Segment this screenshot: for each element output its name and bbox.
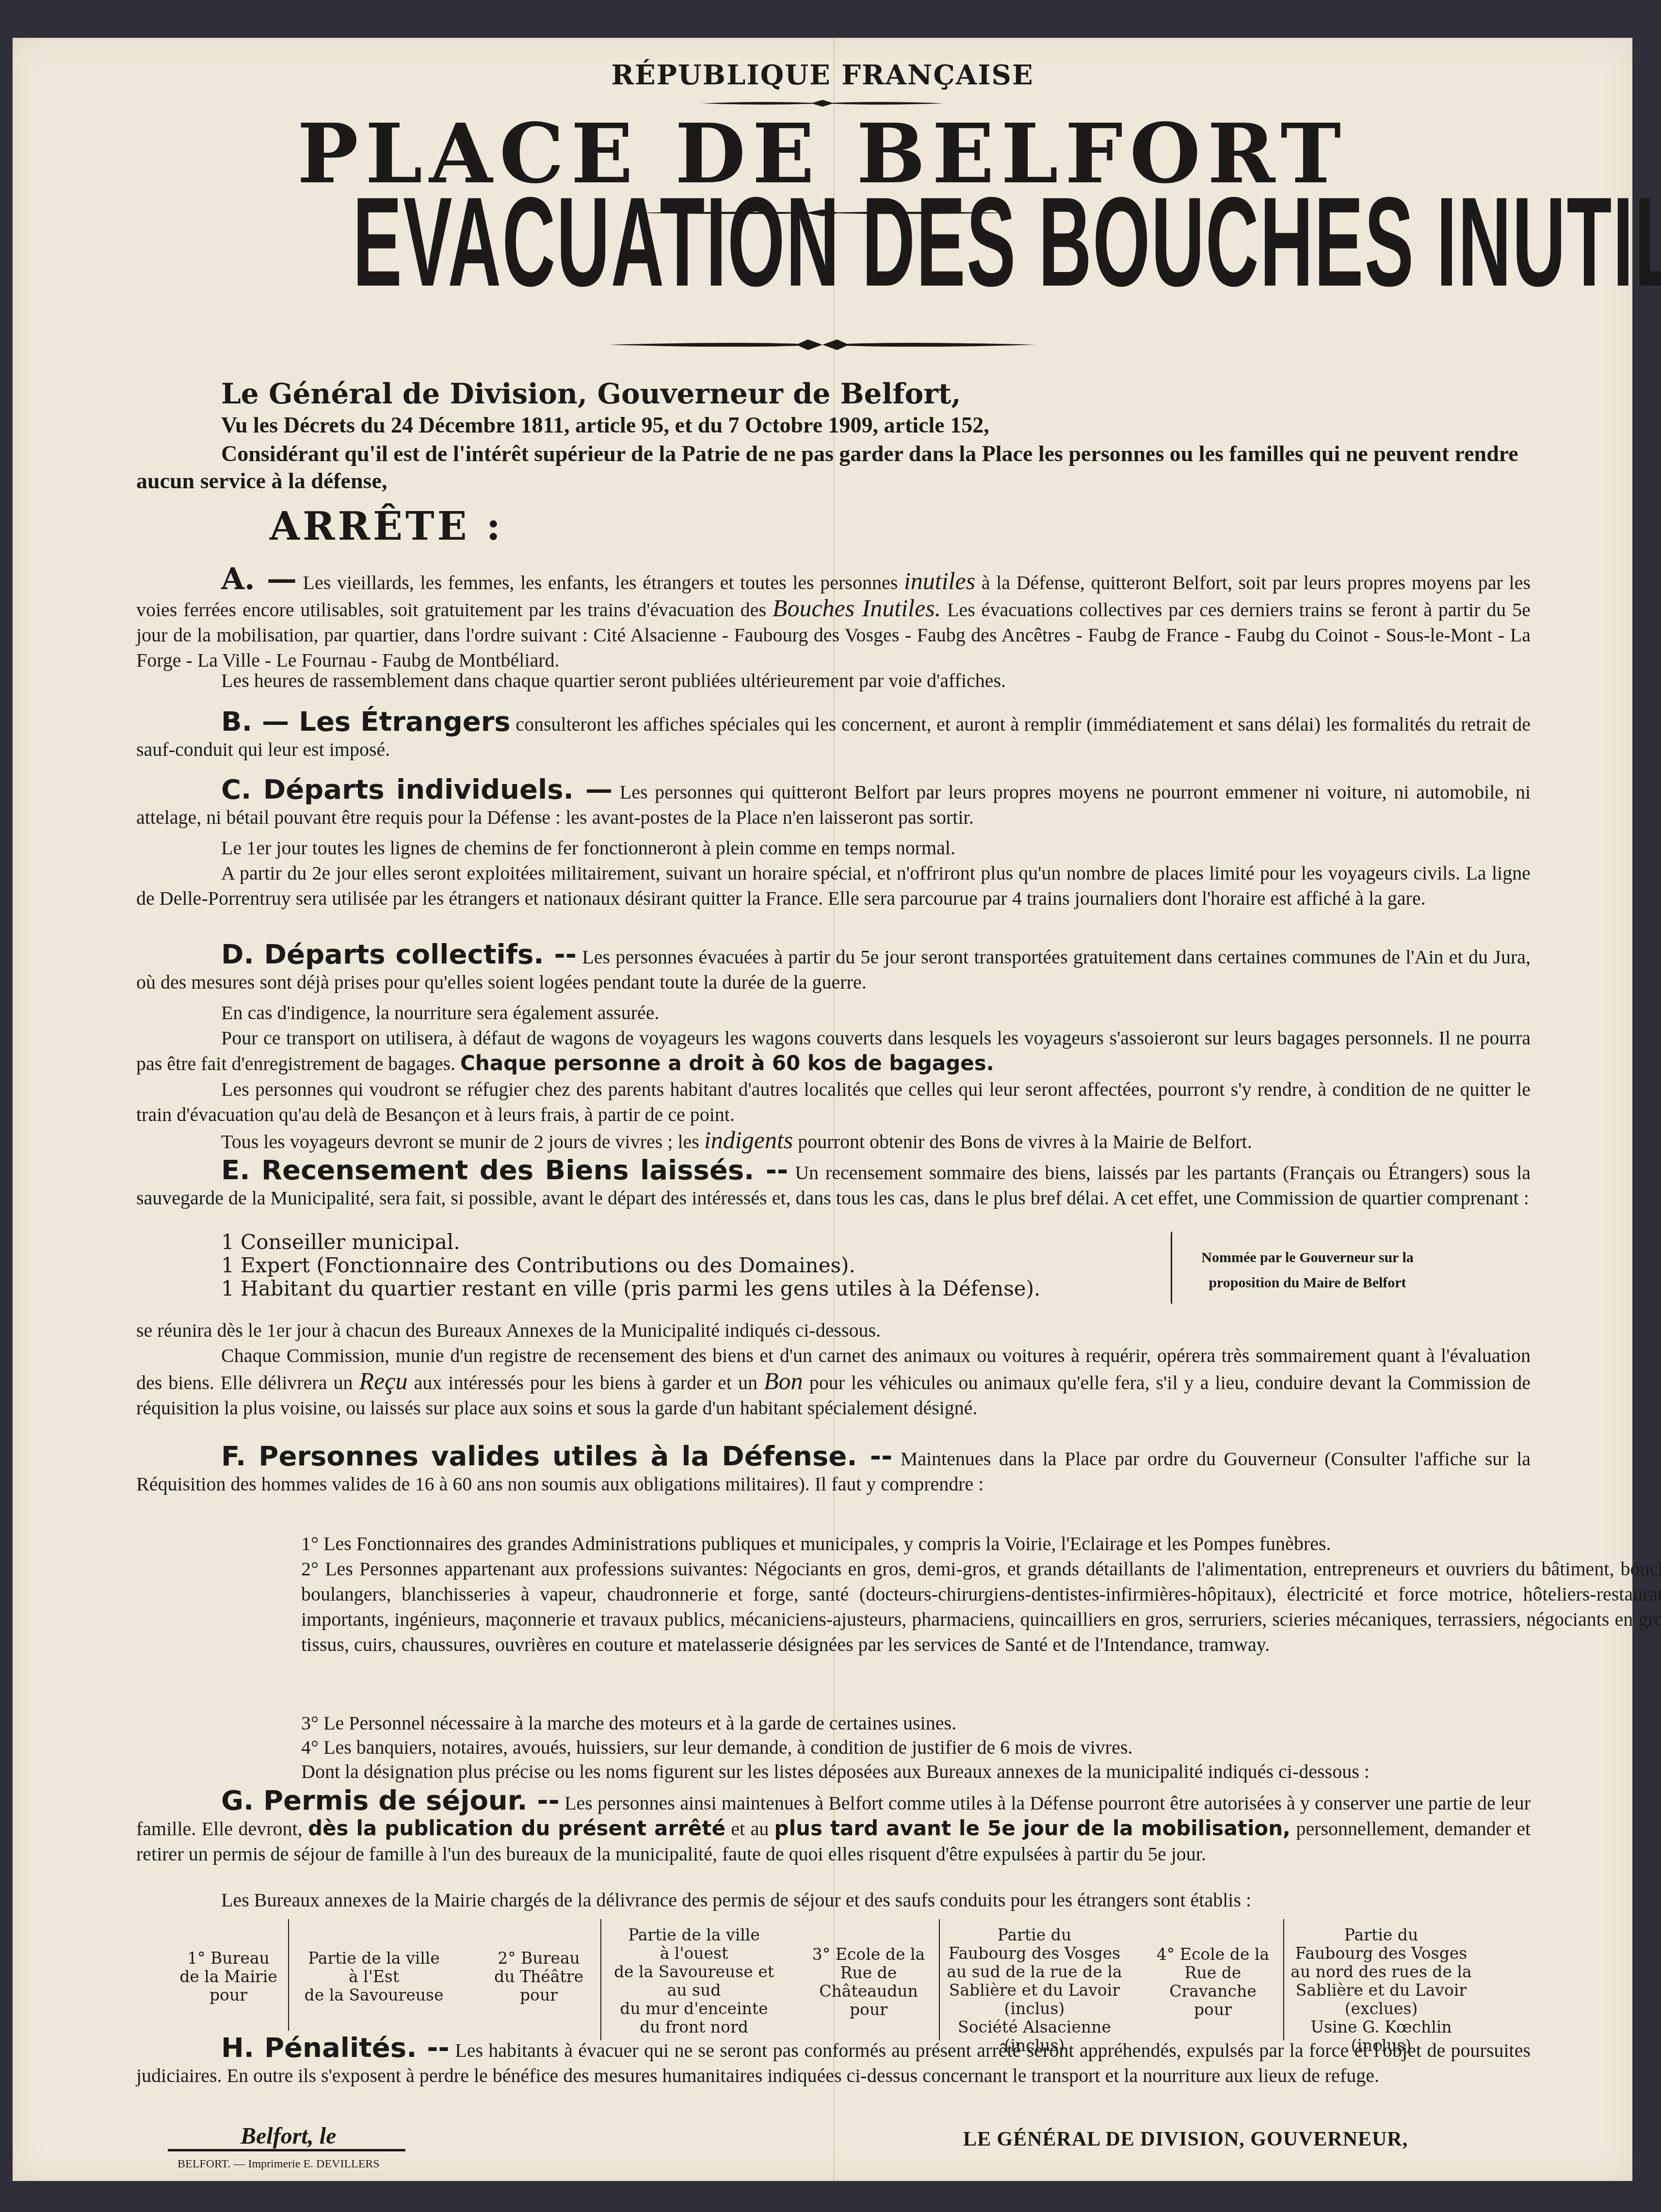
bureau-separator <box>288 1919 289 2031</box>
section-g: G. Permis de séjour. -- Les personnes ai… <box>136 1788 1531 1867</box>
republic-heading: RÉPUBLIQUE FRANÇAISE <box>13 59 1632 91</box>
section-c-paragraph-2: Le 1er jour toutes les lignes de chemins… <box>136 835 1531 861</box>
section-d-paragraph-5: Tous les voyageurs devront se munir de 2… <box>136 1127 1531 1154</box>
section-c-paragraph-3: A partir du 2e jour elles seront exploit… <box>136 861 1531 911</box>
section-e-paragraph-3: Chaque Commission, munie d'un registre d… <box>136 1343 1531 1421</box>
section-a-paragraph: Les heures de rassemblement dans chaque … <box>136 668 1531 693</box>
section-g-paragraph-2: Les Bureaux annexes de la Mairie chargés… <box>136 1888 1531 1913</box>
authority-line: Le Général de Division, Gouverneur de Be… <box>221 377 961 410</box>
section-d-paragraph-3: Pour ce transport on utilisera, à défaut… <box>136 1026 1531 1076</box>
section-c: C. Départs individuels. — Les personnes … <box>136 777 1531 830</box>
bureau-office: 1° Bureau de la Mairie pour <box>173 1949 284 2004</box>
section-d-paragraph-4: Les personnes qui voudront se réfugier c… <box>136 1077 1531 1127</box>
section-b: B. — Les Étrangers consulteront les affi… <box>136 709 1531 762</box>
commission-members: 1 Conseiller municipal. 1 Expert (Foncti… <box>221 1231 1040 1300</box>
section-d-paragraph-2: En cas d'indigence, la nourriture sera é… <box>136 1000 1531 1026</box>
bureau-office: 2° Bureau du Théâtre pour <box>483 1949 595 2004</box>
poster: RÉPUBLIQUE FRANÇAISE PLACE DE BELFORT EV… <box>13 38 1632 2181</box>
section-f-item-4: 4° Les banquiers, notaires, avoués, huis… <box>136 1735 1661 1760</box>
section-d: D. Départs collectifs. -- Les personnes … <box>136 942 1531 995</box>
ornament-divider-icon <box>609 339 1036 350</box>
main-title: EVACUATION DES BOUCHES INUTILES <box>353 178 1292 305</box>
bureau-separator <box>600 1919 601 2040</box>
bureau-separator <box>939 1919 940 2040</box>
decrees-line: Vu les Décrets du 24 Décembre 1811, arti… <box>221 412 989 438</box>
bureau-area: Partie de la ville à l'ouest de la Savou… <box>607 1926 781 2036</box>
printer-credit: BELFORT. — Imprimerie E. DEVILLERS <box>177 2158 380 2171</box>
commission-member: 1 Expert (Fonctionnaire des Contribution… <box>221 1254 1040 1277</box>
bureau-separator <box>1283 1919 1284 2040</box>
commission-member: 1 Habitant du quartier restant en ville … <box>221 1277 1040 1300</box>
bureau-area: Partie de la ville à l'Est de la Savoure… <box>294 1949 454 2004</box>
section-f-item-3: 3° Le Personnel nécessaire à la marche d… <box>136 1711 1661 1736</box>
section-a: A. — Les vieillards, les femmes, les enf… <box>136 566 1531 673</box>
place-date: Belfort, le <box>241 2123 336 2149</box>
brace-icon <box>1171 1232 1175 1304</box>
section-e: E. Recensement des Biens laissés. -- Un … <box>136 1158 1531 1211</box>
section-f-item-2: 2° Les Personnes appartenant aux profess… <box>136 1556 1661 1657</box>
section-f-item-5: Dont la désignation plus précise ou les … <box>136 1759 1661 1784</box>
bureau-office: 3° Ecole de la Rue de Châteaudun pour <box>803 1945 934 2019</box>
commission-member: 1 Conseiller municipal. <box>221 1231 1040 1254</box>
section-f-item-1: 1° Les Fonctionnaires des grandes Admini… <box>136 1531 1661 1556</box>
considering-paragraph: Considérant qu'il est de l'intérêt supér… <box>136 440 1531 495</box>
bureau-office: 4° Ecole de la Rue de Cravanche pour <box>1147 1945 1278 2019</box>
section-e-paragraph-2: se réunira dès le 1er jour à chacun des … <box>136 1318 1531 1343</box>
signature-line: LE GÉNÉRAL DE DIVISION, GOUVERNEUR, <box>963 2128 1408 2151</box>
section-f: F. Personnes valides utiles à la Défense… <box>136 1444 1531 1497</box>
section-h: H. Pénalités. -- Les habitants à évacuer… <box>136 2036 1531 2088</box>
nomination-note: Nommée par le Gouverneur sur la proposit… <box>1186 1245 1429 1296</box>
decree-heading: ARRÊTE : <box>270 503 503 549</box>
printer-rule <box>168 2149 405 2151</box>
